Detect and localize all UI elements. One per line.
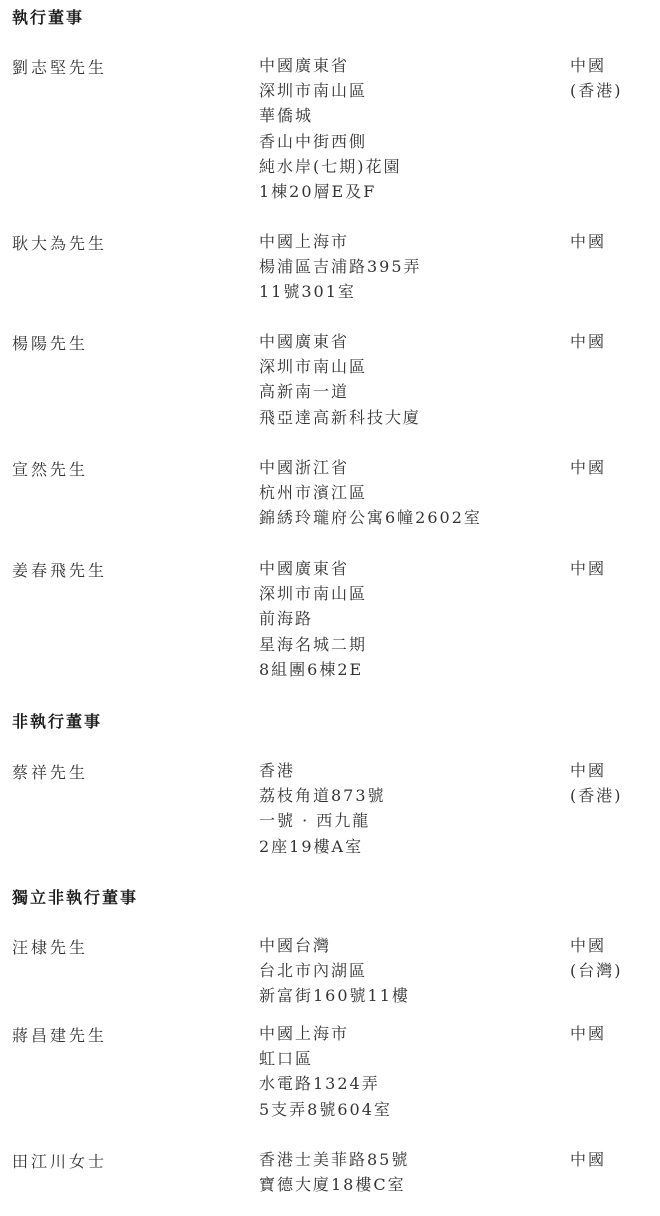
director-name: 楊陽先生 xyxy=(12,331,88,354)
address-line: 水電路1324弄 xyxy=(259,1071,392,1096)
address-line: 飛亞達高新科技大廈 xyxy=(259,405,421,430)
address-line: 2座19樓A室 xyxy=(259,834,386,859)
address-line: 香港 xyxy=(259,758,386,783)
nationality-line: 中國 xyxy=(570,329,606,354)
director-nationality: 中國 (香港) xyxy=(570,758,623,808)
address-line: 香港士美菲路85號 xyxy=(259,1147,409,1172)
address-line: 寶德大廈18樓C室 xyxy=(259,1172,409,1197)
director-address: 中國廣東省 深圳市南山區 前海路 星海名城二期 8組團6棟2E xyxy=(259,556,367,682)
director-address: 香港士美菲路85號 寶德大廈18樓C室 xyxy=(259,1147,409,1197)
director-nationality: 中國 xyxy=(570,455,606,480)
address-line: 中國廣東省 xyxy=(259,556,367,581)
director-name: 宣然先生 xyxy=(12,457,88,480)
address-line: 香山中街西側 xyxy=(259,129,402,154)
director-nationality: 中國 xyxy=(570,329,606,354)
director-name: 田江川女士 xyxy=(12,1149,107,1172)
address-line: 星海名城二期 xyxy=(259,632,367,657)
nationality-line: (台灣) xyxy=(570,958,623,983)
director-nationality: 中國 xyxy=(570,556,606,581)
director-address: 中國廣東省 深圳市南山區 高新南一道 飛亞達高新科技大廈 xyxy=(259,329,421,430)
director-name: 汪棣先生 xyxy=(12,935,88,958)
director-nationality: 中國 (台灣) xyxy=(570,933,623,983)
nationality-line: (香港) xyxy=(570,783,623,808)
section-heading-non-executive-directors: 非執行董事 xyxy=(12,709,102,732)
address-line: 高新南一道 xyxy=(259,379,421,404)
director-name: 蔣昌建先生 xyxy=(12,1023,107,1046)
address-line: 新富街160號11樓 xyxy=(259,983,410,1008)
address-line: 台北市內湖區 xyxy=(259,958,410,983)
address-line: 中國台灣 xyxy=(259,933,410,958)
address-line: 深圳市南山區 xyxy=(259,354,421,379)
director-address: 中國上海市 虹口區 水電路1324弄 5支弄8號604室 xyxy=(259,1021,392,1122)
address-line: 錦綉玲瓏府公寓6幢2602室 xyxy=(259,505,482,530)
address-line: 虹口區 xyxy=(259,1046,392,1071)
address-line: 11號301室 xyxy=(259,279,422,304)
nationality-line: 中國 xyxy=(570,53,623,78)
address-line: 華僑城 xyxy=(259,103,402,128)
address-line: 中國上海市 xyxy=(259,229,422,254)
nationality-line: 中國 xyxy=(570,1021,606,1046)
address-line: 1棟20層E及F xyxy=(259,179,402,204)
address-line: 杭州市濱江區 xyxy=(259,480,482,505)
section-heading-executive-directors: 執行董事 xyxy=(12,5,84,28)
director-name: 耿大為先生 xyxy=(12,231,107,254)
director-name: 劉志堅先生 xyxy=(12,55,107,78)
address-line: 楊浦區吉浦路395弄 xyxy=(259,254,422,279)
director-name: 姜春飛先生 xyxy=(12,558,107,581)
address-line: 5支弄8號604室 xyxy=(259,1097,392,1122)
director-address: 香港 荔枝角道873號 一號 · 西九龍 2座19樓A室 xyxy=(259,758,386,859)
director-address: 中國浙江省 杭州市濱江區 錦綉玲瓏府公寓6幢2602室 xyxy=(259,455,482,531)
address-line: 前海路 xyxy=(259,606,367,631)
address-line: 中國廣東省 xyxy=(259,53,402,78)
director-address: 中國上海市 楊浦區吉浦路395弄 11號301室 xyxy=(259,229,422,305)
director-nationality: 中國 xyxy=(570,229,606,254)
nationality-line: 中國 xyxy=(570,933,623,958)
address-line: 純水岸(七期)花園 xyxy=(259,154,402,179)
nationality-line: 中國 xyxy=(570,455,606,480)
nationality-line: (香港) xyxy=(570,78,623,103)
section-heading-independent-non-executive-directors: 獨立非執行董事 xyxy=(12,885,138,908)
address-line: 一號 · 西九龍 xyxy=(259,808,386,833)
director-nationality: 中國 xyxy=(570,1021,606,1046)
address-line: 中國廣東省 xyxy=(259,329,421,354)
address-line: 深圳市南山區 xyxy=(259,581,367,606)
address-line: 8組團6棟2E xyxy=(259,657,367,682)
address-line: 荔枝角道873號 xyxy=(259,783,386,808)
nationality-line: 中國 xyxy=(570,556,606,581)
address-line: 中國上海市 xyxy=(259,1021,392,1046)
nationality-line: 中國 xyxy=(570,229,606,254)
director-nationality: 中國 (香港) xyxy=(570,53,623,103)
nationality-line: 中國 xyxy=(570,758,623,783)
address-line: 中國浙江省 xyxy=(259,455,482,480)
director-nationality: 中國 xyxy=(570,1147,606,1172)
director-address: 中國台灣 台北市內湖區 新富街160號11樓 xyxy=(259,933,410,1009)
address-line: 深圳市南山區 xyxy=(259,78,402,103)
director-name: 蔡祥先生 xyxy=(12,760,88,783)
director-address: 中國廣東省 深圳市南山區 華僑城 香山中街西側 純水岸(七期)花園 1棟20層E… xyxy=(259,53,402,204)
nationality-line: 中國 xyxy=(570,1147,606,1172)
